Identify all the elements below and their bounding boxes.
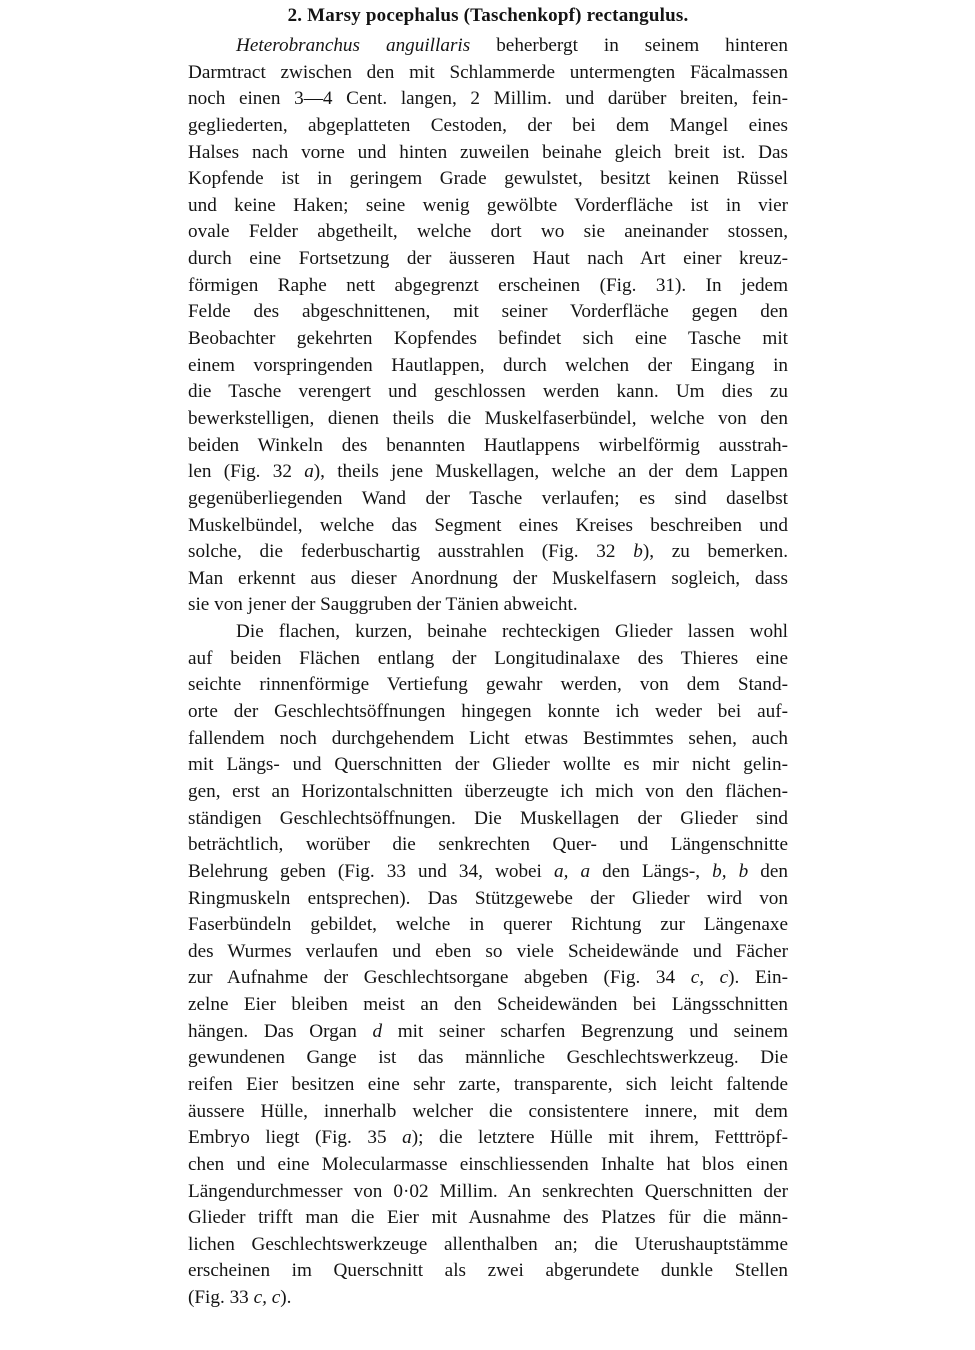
text-line: zur Aufnahme der Geschlechtsorgane abgeb… xyxy=(188,965,788,992)
text-line: Ringmuskeln entsprechen). Das Stützgeweb… xyxy=(188,886,788,913)
text-line: Halses nach vorne und hinten zuweilen be… xyxy=(188,140,788,167)
text-line: förmigen Raphe nett abgegrenzt erscheine… xyxy=(188,273,788,300)
section-heading: 2. Marsy pocephalus (Taschenkopf) rectan… xyxy=(188,2,788,30)
text-line: Embryo liegt (Fig. 35 a); die letztere H… xyxy=(188,1125,788,1152)
text-line: Beobachter gekehrten Kopfendes befindet … xyxy=(188,326,788,353)
text-line: (Fig. 33 c, c). xyxy=(188,1285,788,1312)
text-line: Darmtract zwischen den mit Schlammerde u… xyxy=(188,60,788,87)
text-line: ovale Felder abgetheilt, welche dort wo … xyxy=(188,219,788,246)
text-line: mit Längs- und Querschnitten der Glieder… xyxy=(188,752,788,779)
text-line: ständigen Geschlechtsöffnungen. Die Musk… xyxy=(188,806,788,833)
text-line: durch eine Fortsetzung der äusseren Haut… xyxy=(188,246,788,273)
paragraph: Heterobranchus anguillaris beherbergt in… xyxy=(188,33,788,619)
text-line: Heterobranchus anguillaris beherbergt in… xyxy=(188,33,788,60)
text-line: einem vorspringenden Hautlappen, durch w… xyxy=(188,353,788,380)
text-line: äussere Hülle, innerhalb welcher die con… xyxy=(188,1099,788,1126)
text-line: erscheinen im Querschnitt als zwei abger… xyxy=(188,1258,788,1285)
text-line: solche, die federbuschartig ausstrahlen … xyxy=(188,539,788,566)
text-line: Glieder trifft man die Eier mit Ausnahme… xyxy=(188,1205,788,1232)
text-line: auf beiden Flächen entlang der Longitudi… xyxy=(188,646,788,673)
paragraph: Die flachen, kurzen, beinahe rechteckige… xyxy=(188,619,788,1312)
text-line: Die flachen, kurzen, beinahe rechteckige… xyxy=(188,619,788,646)
text-line: Muskelbündel, welche das Segment eines K… xyxy=(188,513,788,540)
text-line: gegliederten, abgeplatteten Cestoden, de… xyxy=(188,113,788,140)
text-line: sie von jener der Sauggruben der Tänien … xyxy=(188,592,788,619)
text-line: fallendem noch durchgehendem Licht etwas… xyxy=(188,726,788,753)
text-line: chen und eine Molecularmasse einschliess… xyxy=(188,1152,788,1179)
text-line: des Wurmes verlaufen und eben so viele S… xyxy=(188,939,788,966)
text-line: beträchtlich, worüber die senkrechten Qu… xyxy=(188,832,788,859)
document-page: 2. Marsy pocephalus (Taschenkopf) rectan… xyxy=(188,2,788,1312)
text-line: seichte rinnenförmige Vertiefung gewahr … xyxy=(188,672,788,699)
text-line: zelne Eier bleiben meist an den Scheidew… xyxy=(188,992,788,1019)
text-line: len (Fig. 32 a), theils jene Muskellagen… xyxy=(188,459,788,486)
text-line: beiden Winkeln des benannten Hautlappens… xyxy=(188,433,788,460)
text-line: gen, erst an Horizontalschnitten überzeu… xyxy=(188,779,788,806)
text-line: Belehrung geben (Fig. 33 und 34, wobei a… xyxy=(188,859,788,886)
text-line: die Tasche verengert und geschlossen wer… xyxy=(188,379,788,406)
text-line: hängen. Das Organ d mit seiner scharfen … xyxy=(188,1019,788,1046)
body-text: Heterobranchus anguillaris beherbergt in… xyxy=(188,33,788,1312)
text-line: und keine Haken; seine wenig gewölbte Vo… xyxy=(188,193,788,220)
text-line: orte der Geschlechtsöffnungen hingegen k… xyxy=(188,699,788,726)
text-line: bewerkstelligen, dienen theils die Muske… xyxy=(188,406,788,433)
text-line: Längendurchmesser von 0·02 Millim. An se… xyxy=(188,1179,788,1206)
text-line: gegenüberliegenden Wand der Tasche verla… xyxy=(188,486,788,513)
text-line: noch einen 3—4 Cent. langen, 2 Millim. u… xyxy=(188,86,788,113)
text-line: Felde des abgeschnittenen, mit seiner Vo… xyxy=(188,299,788,326)
text-line: Kopfende ist in geringem Grade gewulstet… xyxy=(188,166,788,193)
text-line: Faserbündeln gebildet, welche in querer … xyxy=(188,912,788,939)
text-line: reifen Eier besitzen eine sehr zarte, tr… xyxy=(188,1072,788,1099)
text-line: lichen Geschlechtswerkzeuge allenthalben… xyxy=(188,1232,788,1259)
text-line: gewundenen Gange ist das männliche Gesch… xyxy=(188,1045,788,1072)
text-line: Man erkennt aus dieser Anordnung der Mus… xyxy=(188,566,788,593)
